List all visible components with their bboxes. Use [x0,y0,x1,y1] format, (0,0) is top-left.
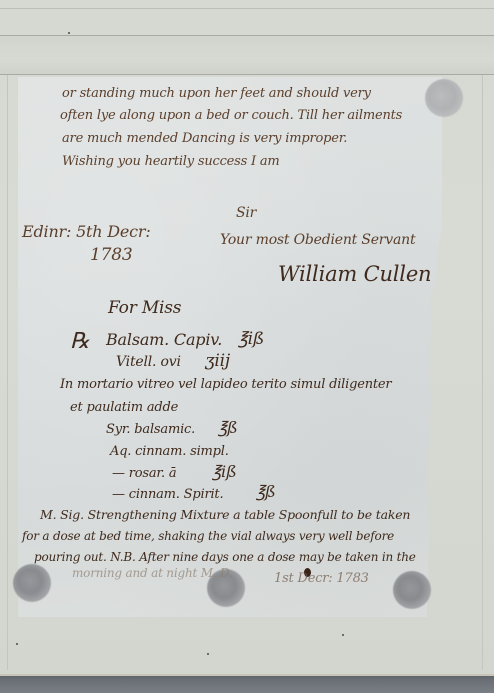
ingredient-1-name: Balsam. Capiv. [106,332,222,348]
addition-3-name: — rosar. ā [112,467,176,480]
letter-line-1: or standing much upon her feet and shoul… [62,87,371,100]
place-date: Edinr: 5th Decr: [22,224,151,240]
library-stamp-bottom-left [13,564,51,602]
ingredient-2-name: Vitell. ovi [116,355,181,369]
prescription-heading: For Miss [108,300,181,317]
signature: William Cullen [278,264,431,285]
library-stamp-top-right [425,79,463,117]
directions-line-2: for a dose at bed time, shaking the vial… [22,530,394,542]
speck [207,653,209,655]
directions-line-1: M. Sig. Strengthening Mixture a table Sp… [40,509,410,522]
library-stamp-bottom-right [393,571,431,609]
directions-line-3: pouring out. N.B. After nine days one a … [34,551,416,563]
filing-date: 1st Decr: 1783 [274,572,369,585]
ingredient-1-quantity: ℥iß [238,331,264,348]
instruction-1: In mortario vitreo vel lapideo terito si… [60,378,391,391]
instruction-2: et paulatim adde [70,401,178,414]
addition-2-name: Aq. cinnam. simpl. [110,445,229,458]
salutation: Sir [236,206,256,220]
addition-3-quantity: ℥iß [212,464,236,480]
mount-line [0,8,494,9]
mount-edge-left [7,75,8,670]
addition-1-quantity: ℥ß [218,420,238,436]
addition-4-name: — cinnam. Spirit. [112,488,223,501]
faint-line: morning and at night M. D. [72,567,233,579]
speck [16,643,18,645]
speck [68,32,70,34]
addition-1-name: Syr. balsamic. [106,423,195,436]
mount-line [0,35,494,36]
mount-bottom-edge [0,674,494,693]
mount-edge-right [482,75,483,670]
ingredient-2-quantity: ʒiij [205,353,230,370]
hinge-band [0,36,494,74]
letter-line-3: are much mended Dancing is very improper… [62,132,347,145]
addition-4-quantity: ℥ß [256,484,276,500]
letter-line-2: often lye along upon a bed or couch. Til… [60,109,402,122]
manuscript-scan: or standing much upon her feet and shoul… [0,0,494,693]
recipe-symbol: ℞ [70,331,90,353]
year: 1783 [90,247,132,264]
letter-line-4: Wishing you heartily success I am [62,155,280,168]
mount-line [0,74,494,75]
speck [342,634,344,636]
closing: Your most Obedient Servant [220,233,415,247]
